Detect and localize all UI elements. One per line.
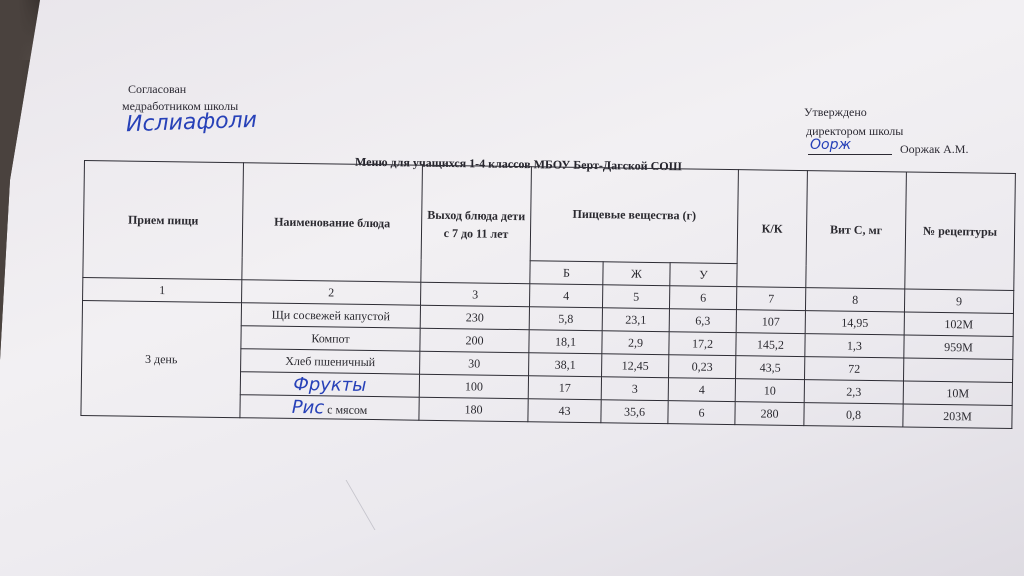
dish-protein: 43 — [528, 399, 601, 423]
handwritten-fruits: Фрукты — [293, 373, 366, 395]
dish-carbs: 0,23 — [669, 355, 736, 379]
subheader-u: У — [670, 263, 737, 287]
dish-vitc: 2,3 — [804, 380, 903, 404]
dish-fat: 2,9 — [602, 331, 669, 355]
dish-protein: 5,8 — [529, 307, 602, 331]
col-num: 6 — [669, 286, 736, 310]
header-meal: Прием пищи — [83, 161, 244, 280]
header-yield: Выход блюда дети с 7 до 11 лет — [421, 165, 532, 284]
col-num: 2 — [242, 280, 421, 305]
col-num: 3 — [421, 282, 530, 307]
approval-right-signature: Оорж — [810, 137, 851, 153]
day-label: 3 день — [81, 300, 242, 417]
approval-right-name: Ооржак А.М. — [900, 142, 968, 157]
col-num: 1 — [83, 277, 242, 302]
col-num: 5 — [602, 285, 669, 309]
dish-vitc: 1,3 — [805, 334, 904, 358]
dish-name: Щи сосвежей капустой — [241, 303, 420, 328]
col-num: 9 — [904, 289, 1013, 314]
dish-kcal: 107 — [736, 310, 805, 334]
dish-carbs: 4 — [668, 378, 735, 402]
dish-yield: 180 — [419, 397, 528, 422]
col-num: 7 — [736, 287, 805, 311]
dish-yield: 230 — [420, 305, 529, 330]
dish-name-handwritten: Фрукты — [240, 372, 419, 397]
dish-name: Хлеб пшеничный — [241, 349, 420, 374]
dish-fat: 23,1 — [602, 308, 669, 332]
subheader-b: Б — [530, 261, 603, 285]
approval-left-line1: Согласован — [128, 82, 186, 97]
subheader-zh: Ж — [603, 262, 670, 286]
dish-fat: 3 — [601, 377, 668, 401]
header-dish: Наименование блюда — [242, 163, 423, 282]
handwritten-rice: Рис — [292, 396, 325, 417]
dish-suffix: с мясом — [327, 402, 367, 417]
dish-recipe: 102М — [904, 312, 1013, 337]
dish-protein: 38,1 — [529, 353, 602, 377]
dish-vitc: 72 — [805, 357, 904, 381]
dish-yield: 100 — [419, 374, 528, 399]
approval-right-line1: Утверждено — [804, 105, 867, 120]
dish-yield: 30 — [420, 351, 529, 376]
dish-recipe: 959М — [904, 335, 1013, 360]
dish-recipe: 10М — [903, 381, 1012, 406]
approval-left-signature: Ислиафоли — [126, 108, 258, 138]
dish-protein: 17 — [528, 376, 601, 400]
dish-fat: 35,6 — [601, 400, 668, 424]
header-kcal: К/К — [737, 170, 808, 288]
dish-carbs: 6 — [668, 401, 735, 425]
signature-line — [808, 154, 892, 155]
dish-name: Компот — [241, 326, 420, 351]
dish-carbs: 17,2 — [669, 332, 736, 356]
dish-name-mixed: Рис с мясом — [240, 395, 419, 420]
dish-vitc: 0,8 — [804, 403, 903, 427]
dish-kcal: 43,5 — [736, 356, 805, 380]
dish-fat: 12,45 — [602, 354, 669, 378]
dish-recipe — [903, 358, 1012, 383]
col-num: 8 — [805, 288, 904, 312]
dish-yield: 200 — [420, 328, 529, 353]
dish-recipe: 203М — [903, 404, 1012, 429]
dish-carbs: 6,3 — [669, 309, 736, 333]
menu-table: Прием пищи Наименование блюда Выход блюд… — [80, 160, 1015, 429]
col-num: 4 — [529, 284, 602, 308]
header-vitc: Вит С, мг — [806, 171, 907, 289]
dish-kcal: 10 — [735, 379, 804, 403]
header-nutrients: Пищевые вещества (г) — [530, 167, 738, 264]
header-recipe: № рецептуры — [905, 172, 1016, 291]
dish-kcal: 145,2 — [736, 333, 805, 357]
dish-vitc: 14,95 — [805, 311, 904, 335]
dish-kcal: 280 — [735, 402, 804, 426]
dish-protein: 18,1 — [529, 330, 602, 354]
